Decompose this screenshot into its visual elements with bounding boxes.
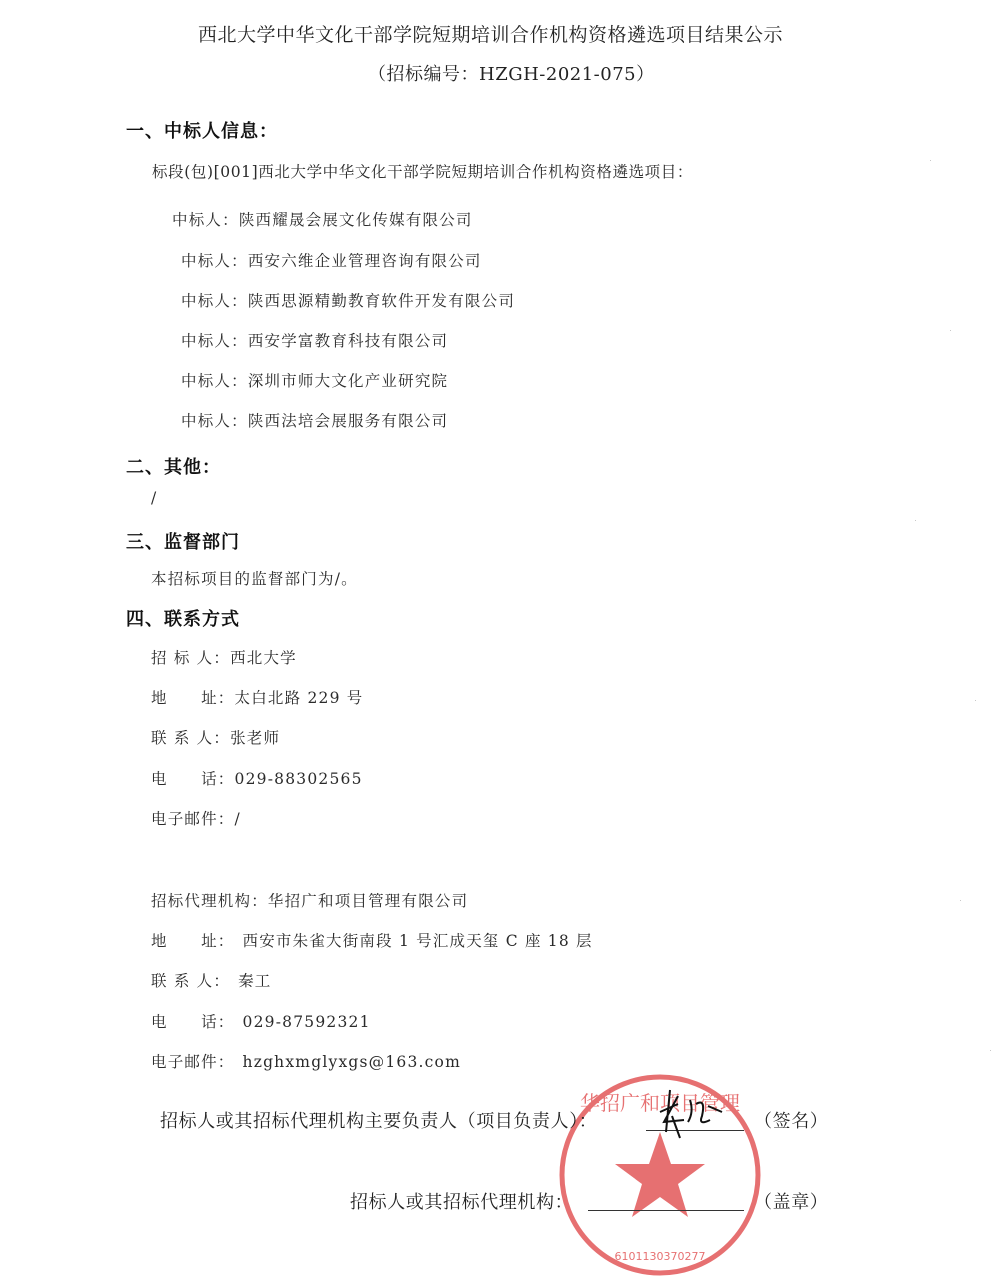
- document-title: 西北大学中华文化干部学院短期培训合作机构资格遴选项目结果公示: [198, 20, 783, 47]
- sign-suffix: （签名）: [754, 1107, 828, 1133]
- winner-label: 中标人：: [172, 211, 239, 229]
- agency-name: 华招广和项目管理有限公司: [268, 892, 468, 910]
- winner-label: 中标人：: [181, 372, 248, 390]
- tenderer-name: 西北大学: [230, 649, 297, 667]
- agency-contact-row: 联 系 人：秦工: [151, 969, 271, 991]
- tenderer-phone-row: 电 话：029-88302565: [151, 767, 363, 789]
- tenderer-phone: 029-88302565: [235, 770, 363, 788]
- winner-item: 中标人：陕西思源精勤教育软件开发有限公司: [181, 289, 515, 311]
- winner-name: 陕西耀晟会展文化传媒有限公司: [239, 211, 473, 229]
- agency-email-row: 电子邮件：hzghxmglyxgs@163.com: [151, 1050, 461, 1072]
- tenderer-name-label: 招 标 人：: [151, 649, 230, 667]
- winner-item: 中标人：陕西耀晟会展文化传媒有限公司: [172, 208, 473, 230]
- winner-label: 中标人：: [181, 332, 248, 350]
- winner-label: 中标人：: [181, 252, 248, 270]
- agency-email-label: 电子邮件：: [151, 1053, 235, 1071]
- agency-phone-row: 电 话：029-87592321: [151, 1010, 371, 1032]
- bid-number: （招标编号：HZGH-2021-075）: [368, 60, 655, 86]
- other-content: /: [151, 489, 157, 507]
- tenderer-email-row: 电子邮件：/: [151, 807, 241, 829]
- agency-address: 西安市朱雀大街南段 1 号汇成天玺 C 座 18 层: [243, 932, 593, 950]
- winner-item: 中标人：西安学富教育科技有限公司: [181, 329, 448, 351]
- section-heading-other: 二、其他：: [126, 453, 221, 479]
- tenderer-address: 太白北路 229 号: [235, 689, 364, 707]
- winner-name: 西安学富教育科技有限公司: [248, 332, 448, 350]
- winner-item: 中标人：西安六维企业管理咨询有限公司: [181, 249, 482, 271]
- agency-seal-label: 招标人或其招标代理机构：: [350, 1188, 573, 1214]
- winner-item: 中标人：深圳市师大文化产业研究院: [181, 369, 448, 391]
- agency-contact-person: 秦工: [238, 972, 271, 990]
- agency-name-row: 招标代理机构：华招广和项目管理有限公司: [151, 889, 468, 911]
- responsible-person-label: 招标人或其招标代理机构主要负责人（项目负责人）：: [160, 1107, 597, 1133]
- tenderer-address-row: 地 址：太白北路 229 号: [151, 686, 363, 708]
- winner-name: 深圳市师大文化产业研究院: [248, 372, 448, 390]
- winner-name: 陕西法培会展服务有限公司: [248, 412, 448, 430]
- seal-suffix: （盖章）: [754, 1188, 828, 1214]
- agency-name-label: 招标代理机构：: [151, 892, 268, 910]
- handwritten-signature-icon: [650, 1082, 730, 1140]
- tenderer-contact-row: 联 系 人：张老师: [151, 726, 280, 748]
- svg-text:6101130370277: 6101130370277: [615, 1250, 706, 1263]
- winner-name: 陕西思源精勤教育软件开发有限公司: [248, 292, 515, 310]
- tenderer-name-row: 招 标 人：西北大学: [151, 646, 297, 668]
- section-heading-winners: 一、中标人信息：: [126, 117, 278, 143]
- tenderer-email: /: [235, 810, 241, 828]
- supervision-content: 本招标项目的监督部门为/。: [151, 567, 358, 589]
- tenderer-contact-label: 联 系 人：: [151, 729, 230, 747]
- tenderer-address-label: 地 址：: [151, 689, 235, 707]
- tenderer-email-label: 电子邮件：: [151, 810, 235, 828]
- section-heading-supervision: 三、监督部门: [126, 528, 240, 554]
- tenderer-phone-label: 电 话：: [151, 770, 235, 788]
- winner-label: 中标人：: [181, 292, 248, 310]
- agency-contact-label: 联 系 人：: [151, 972, 230, 990]
- tenderer-contact-person: 张老师: [230, 729, 280, 747]
- section-heading-contact: 四、联系方式: [126, 605, 240, 631]
- agency-email: hzghxmglyxgs@163.com: [243, 1053, 461, 1071]
- winner-item: 中标人：陕西法培会展服务有限公司: [181, 409, 448, 431]
- agency-address-row: 地 址：西安市朱雀大街南段 1 号汇成天玺 C 座 18 层: [151, 929, 593, 951]
- agency-address-label: 地 址：: [151, 932, 235, 950]
- agency-phone: 029-87592321: [243, 1013, 371, 1031]
- seal-line[interactable]: [588, 1210, 744, 1211]
- winner-label: 中标人：: [181, 412, 248, 430]
- agency-phone-label: 电 话：: [151, 1013, 235, 1031]
- winner-name: 西安六维企业管理咨询有限公司: [248, 252, 482, 270]
- lot-description: 标段(包)[001]西北大学中华文化干部学院短期培训合作机构资格遴选项目：: [152, 160, 693, 182]
